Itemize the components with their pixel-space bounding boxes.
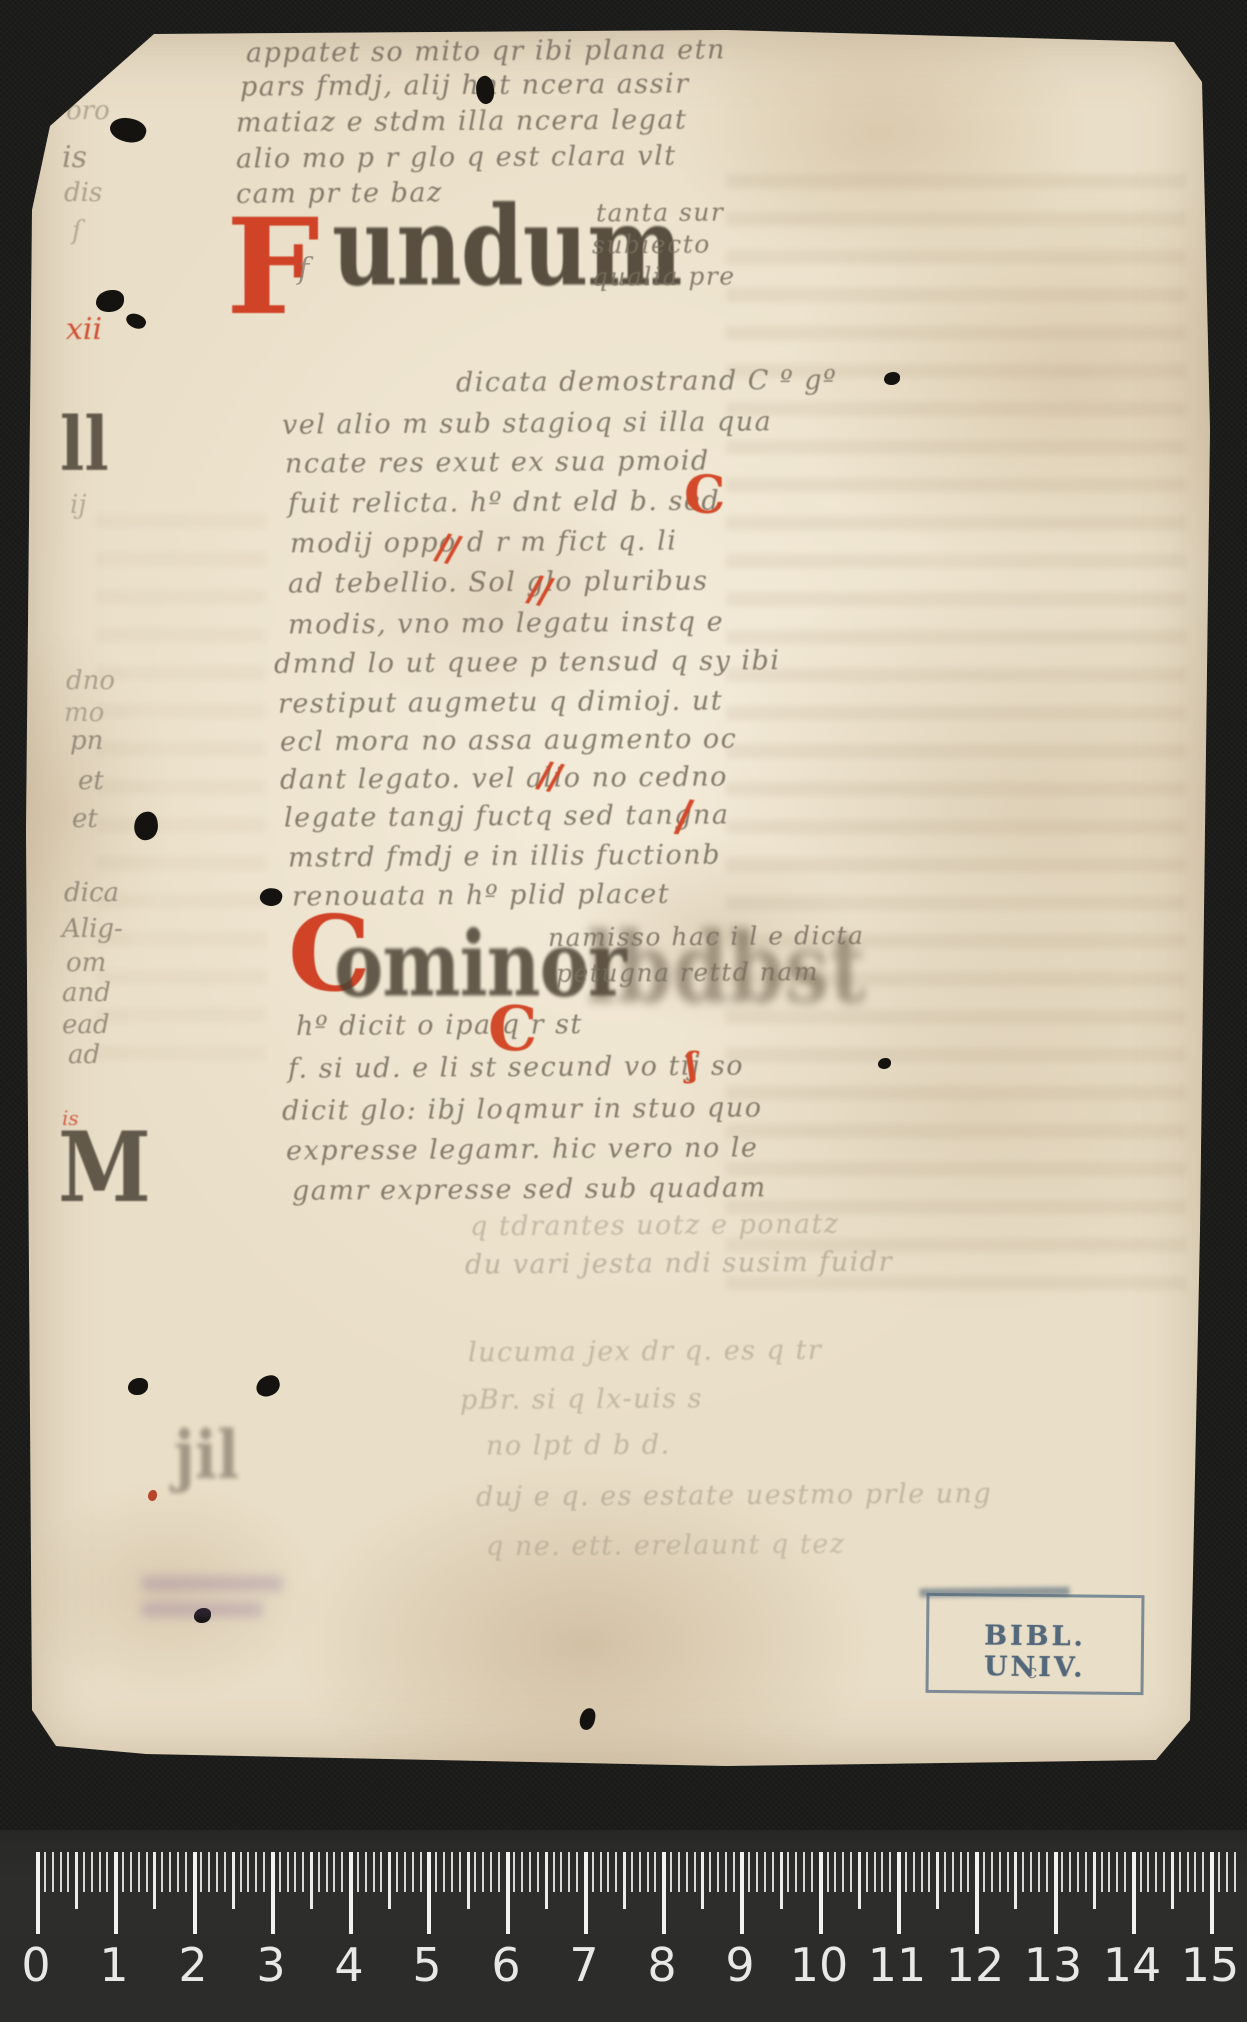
ruler-tick — [709, 1852, 711, 1892]
ink-speck — [884, 372, 900, 385]
ruler-number: 10 — [790, 1938, 849, 1992]
ruler-tick — [772, 1852, 774, 1892]
ruler-tick — [975, 1852, 979, 1934]
ruler-tick — [1202, 1852, 1204, 1892]
ink-speck — [579, 1707, 597, 1731]
margin-fragment: Alig- — [62, 914, 123, 944]
ruler-tick — [725, 1852, 727, 1892]
ruler-tick — [1007, 1852, 1009, 1892]
ruler-tick — [529, 1852, 531, 1892]
ruler-tick — [302, 1852, 304, 1892]
ruler-tick — [177, 1852, 179, 1892]
margin-fragment: ij — [70, 490, 86, 520]
ruler-tick — [208, 1852, 210, 1892]
margin-fragment: et — [72, 804, 98, 834]
manuscript-line: subiecto — [592, 230, 711, 260]
ruler-tick — [67, 1852, 69, 1892]
ruler-tick — [341, 1852, 343, 1892]
manuscript-line: gamr expresse sed sub quadam — [292, 1172, 767, 1206]
manuscript-line: alio mo p r glo q est clara vlt — [236, 140, 677, 174]
ink-speck — [128, 1378, 148, 1395]
manuscript-line: lucuma jex dr q. es q tr — [468, 1335, 822, 1368]
ruler-tick — [1046, 1852, 1048, 1892]
ruler-tick — [1187, 1852, 1189, 1892]
ruler-tick — [357, 1852, 359, 1892]
ruler-tick — [310, 1852, 313, 1909]
ruler-tick — [349, 1852, 353, 1934]
ruler-tick — [874, 1852, 876, 1892]
ruler-tick — [740, 1852, 744, 1934]
ruler-tick — [795, 1852, 797, 1892]
manuscript-line: appatet so mito qr ibi plana etn — [246, 34, 726, 68]
margin-fragment: ſ — [72, 216, 82, 246]
margin-fragment: dis — [64, 178, 102, 208]
ruler-tick — [1022, 1852, 1024, 1892]
ruler-tick — [701, 1852, 704, 1909]
margin-fragment: ead — [62, 1010, 110, 1040]
manuscript-line: du vari jesta ndi susim fuidr — [465, 1247, 893, 1281]
ruler-tick — [1234, 1852, 1236, 1892]
ruler-tick — [803, 1852, 805, 1892]
ruler-tick — [1093, 1852, 1096, 1909]
ink-speck — [107, 113, 149, 147]
ruler-tick — [146, 1852, 148, 1892]
ruler-tick — [545, 1852, 548, 1909]
faded-stamp — [138, 1568, 290, 1632]
ruler-tick — [224, 1852, 226, 1892]
margin-fragment: oro — [66, 96, 110, 126]
ruler-tick — [161, 1852, 163, 1892]
ruler-tick — [905, 1852, 907, 1892]
ruler-tick — [1108, 1852, 1110, 1892]
manuscript-line: duj e q. es estate uestmo prle ung — [476, 1478, 992, 1513]
rubric-mark: C — [684, 470, 725, 522]
ruler-tick — [279, 1852, 281, 1892]
ruler-tick — [122, 1852, 124, 1892]
ruler-tick — [967, 1852, 969, 1892]
manuscript-line: legate tangj fuctq sed tangna — [284, 799, 730, 833]
ruler-tick — [780, 1852, 783, 1909]
margin-fragment: et — [78, 766, 104, 796]
ruler-tick — [169, 1852, 171, 1892]
ruler-tick — [811, 1852, 813, 1892]
ruler-tick — [459, 1852, 461, 1892]
ruler-tick — [678, 1852, 680, 1892]
ruler-tick — [639, 1852, 641, 1892]
ruler-tick — [153, 1852, 156, 1909]
ruler-tick — [615, 1852, 617, 1892]
manuscript-line: qualia pre — [592, 261, 736, 291]
ruler-tick — [138, 1852, 140, 1892]
ink-speck — [878, 1058, 891, 1069]
ruler-tick — [584, 1852, 588, 1934]
ruler-tick — [1077, 1852, 1079, 1892]
ruler-tick — [1147, 1852, 1149, 1892]
ruler-tick — [827, 1852, 829, 1892]
manuscript-line: pars fmdj, alij hnt ncera assir — [240, 68, 690, 102]
library-stamp: BIBL. UNIV. c — [925, 1593, 1144, 1695]
ruler-number: 2 — [178, 1938, 207, 1992]
ruler-number: 3 — [256, 1938, 285, 1992]
ruler-tick — [960, 1852, 962, 1892]
ruler-tick — [521, 1852, 523, 1892]
ruler-tick — [130, 1852, 132, 1892]
manuscript-line: pBr. si q lx-uis s — [460, 1383, 703, 1416]
ruler-tick — [83, 1852, 85, 1892]
ink-speck — [132, 810, 160, 841]
ink-speck — [96, 290, 124, 312]
ruler-tick — [294, 1852, 296, 1892]
ruler-tick — [60, 1852, 62, 1892]
ruler-tick — [1038, 1852, 1040, 1892]
ruler-tick — [1124, 1852, 1126, 1892]
ruler-tick — [1171, 1852, 1174, 1909]
manuscript-line: ncate res exut ex sua pmoid — [285, 446, 710, 480]
ruler-tick — [764, 1852, 766, 1892]
ruler-tick — [881, 1852, 883, 1892]
ruler-tick — [404, 1852, 406, 1892]
rubric-mark: ʃ — [686, 1048, 697, 1082]
ruler-tick — [842, 1852, 844, 1892]
ruler-tick — [200, 1852, 202, 1892]
ruler-number: 9 — [725, 1938, 754, 1992]
ink-speck — [258, 886, 283, 908]
margin-fragment: jil — [174, 1416, 239, 1494]
manuscript-line: dicit glo: ibj loqmur in stuo quo — [282, 1092, 763, 1126]
ruler-tick — [373, 1852, 375, 1892]
ruler-tick — [287, 1852, 289, 1892]
manuscript-line: q tdrantes uotz e ponatz — [470, 1209, 840, 1243]
ruler-tick — [756, 1852, 758, 1892]
ruler-number: 8 — [647, 1938, 676, 1992]
ruler-tick — [952, 1852, 954, 1892]
manuscript-line: mstrd fmdj e in illis fuctionb — [288, 839, 721, 873]
ruler-tick — [482, 1852, 484, 1892]
ruler-tick — [553, 1852, 555, 1892]
ruler-tick — [1054, 1852, 1058, 1934]
ruler-tick — [1226, 1852, 1228, 1892]
ruler-tick — [490, 1852, 492, 1892]
ruler-tick — [1069, 1852, 1071, 1892]
manuscript-line: dicata demostrand C º gº — [456, 365, 837, 399]
margin-fragment: and — [62, 978, 111, 1008]
ruler-tick — [607, 1852, 609, 1892]
ruler-tick — [686, 1852, 688, 1892]
ruler-tick — [717, 1852, 719, 1892]
margin-fragment: mo — [64, 698, 104, 728]
ruler-tick — [263, 1852, 265, 1892]
ruler-tick — [858, 1852, 861, 1909]
ruler-tick — [318, 1852, 320, 1892]
ruler-tick — [654, 1852, 656, 1892]
ruler-tick — [506, 1852, 510, 1934]
folio-number: xii — [66, 312, 102, 347]
ruler-tick — [1014, 1852, 1017, 1909]
manuscript-line: matiaz e stdm illa ncera legat — [236, 104, 688, 138]
ruler-tick — [240, 1852, 242, 1892]
ruler-tick — [427, 1852, 431, 1934]
ruler-tick — [185, 1852, 187, 1892]
ruler-number: 12 — [946, 1938, 1005, 1992]
manuscript-line: expresse legamr. hic vero no le — [286, 1132, 759, 1166]
ruler-tick — [913, 1852, 915, 1892]
ruler-tick — [568, 1852, 570, 1892]
bleed-through — [726, 170, 1186, 1290]
ruler-tick — [537, 1852, 539, 1892]
ink-speck — [124, 310, 148, 332]
margin-fragment: dica — [64, 878, 119, 908]
margin-fragment: ll — [60, 402, 109, 488]
ruler-tick — [498, 1852, 500, 1892]
ruler-tick — [326, 1852, 328, 1892]
ruler-tick — [1218, 1852, 1220, 1892]
ruler-tick — [1061, 1852, 1063, 1892]
ruler-tick — [623, 1852, 626, 1909]
ruler-tick — [889, 1852, 891, 1892]
ruler-tick — [1030, 1852, 1032, 1892]
ruler-tick — [576, 1852, 578, 1892]
ruler-tick — [600, 1852, 602, 1892]
ruler-tick — [1210, 1852, 1214, 1934]
ruler-tick — [1163, 1852, 1165, 1892]
manuscript-line: dant legato. vel alio no cedno — [280, 761, 728, 795]
ruler-tick — [694, 1852, 696, 1892]
ruler-tick — [866, 1852, 868, 1892]
manuscript-line: hº dicit o ipa q r st — [296, 1009, 583, 1042]
ruler-tick — [991, 1852, 993, 1892]
ruler-number: 14 — [1103, 1938, 1162, 1992]
manuscript-line: ecl mora no assa augmento oc — [280, 723, 738, 757]
ruler-tick — [255, 1852, 257, 1892]
ruler-number: 13 — [1024, 1938, 1083, 1992]
ruler: 0 1 2 3 4 5 6 7 8 9 10 11 12 13 14 15 — [0, 1830, 1247, 2022]
margin-fragment: om — [66, 948, 106, 978]
ruler-tick — [733, 1852, 735, 1892]
ruler-tick — [333, 1852, 335, 1892]
ruler-tick — [44, 1852, 46, 1892]
ruler-number: 1 — [99, 1938, 128, 1992]
ruler-tick — [247, 1852, 249, 1892]
ruler-tick — [897, 1852, 901, 1934]
ruler-tick — [232, 1852, 235, 1909]
ruler-number: 4 — [334, 1938, 363, 1992]
ruler-tick — [412, 1852, 414, 1892]
ruler-tick — [1132, 1852, 1136, 1934]
ruler-tick — [396, 1852, 398, 1892]
ruler-tick — [91, 1852, 93, 1892]
ruler-number: 0 — [21, 1938, 50, 1992]
margin-fragment: ad — [68, 1040, 100, 1070]
ruler-tick — [52, 1852, 54, 1892]
ruler-tick — [592, 1852, 594, 1892]
ruler-tick — [834, 1852, 836, 1892]
manuscript-line: ad tebellio. Sol glo pluribus — [288, 566, 709, 600]
ruler-tick — [999, 1852, 1001, 1892]
ruler-tick — [560, 1852, 562, 1892]
ruler-tick — [850, 1852, 852, 1892]
ruler-tick — [1101, 1852, 1103, 1892]
margin-fragment: pn — [70, 726, 103, 756]
ruler-tick — [936, 1852, 939, 1909]
ruler-tick — [1085, 1852, 1087, 1892]
ruler-tick — [662, 1852, 666, 1934]
ruler-number: 6 — [491, 1938, 520, 1992]
manuscript-line: fuit relicta. hº dnt eld b. sed — [288, 485, 720, 519]
ruler-tick — [983, 1852, 985, 1892]
ruler-tick — [1194, 1852, 1196, 1892]
ruler-tick — [1116, 1852, 1118, 1892]
manuscript-line: tanta sur — [596, 198, 725, 228]
ruler-tick — [474, 1852, 476, 1892]
ruler-tick — [435, 1852, 437, 1892]
ruler-number: 7 — [569, 1938, 598, 1992]
ruler-tick — [36, 1852, 40, 1934]
ruler-tick — [451, 1852, 453, 1892]
ruler-tick — [216, 1852, 218, 1892]
ruler-tick — [380, 1852, 382, 1892]
margin-fragment: dno — [66, 666, 115, 696]
ruler-tick — [365, 1852, 367, 1892]
margin-fragment: M — [58, 1110, 151, 1224]
margin-fragment: is — [62, 140, 87, 175]
ruler-tick — [443, 1852, 445, 1892]
ruler-tick — [513, 1852, 515, 1892]
bleed-through — [96, 500, 266, 1060]
manuscript-line: restiput augmetu q dimioj. ut — [278, 685, 723, 719]
manuscript-line: vel alio m sub stagioq si illa qua — [282, 406, 772, 440]
ruler-tick — [75, 1852, 78, 1909]
ruler-tick — [1179, 1852, 1181, 1892]
ruler-tick — [114, 1852, 118, 1934]
ruler-number: 15 — [1181, 1938, 1240, 1992]
photo-stage: oro is dis ſ xii ll ij dno mo pn et et d… — [0, 0, 1247, 2022]
manuscript-line: dmnd lo ut quee p tensud q sy ibi — [274, 645, 781, 680]
manuscript-line: namisso hac i l e dicta — [548, 921, 865, 952]
manuscript-line: modij oppo d r m fict q. li — [290, 526, 678, 560]
ruler-tick — [467, 1852, 470, 1909]
ruler-tick — [819, 1852, 823, 1934]
manuscript-page: oro is dis ſ xii ll ij dno mo pn et et d… — [26, 30, 1210, 1766]
guide-letter: f — [298, 252, 309, 287]
ruler-tick — [99, 1852, 101, 1892]
library-stamp-mark: c — [1026, 1659, 1037, 1683]
ruler-tick — [420, 1852, 422, 1892]
ruler-tick — [1155, 1852, 1157, 1892]
red-speck — [148, 1490, 157, 1501]
ruler-tick — [748, 1852, 750, 1892]
ruler-tick — [193, 1852, 197, 1934]
ruler-tick — [928, 1852, 930, 1892]
ruler-tick — [921, 1852, 923, 1892]
ink-speck — [254, 1373, 282, 1399]
manuscript-line: modis, vno mo legatu instq e — [288, 606, 724, 640]
ruler-tick — [106, 1852, 108, 1892]
manuscript-line: petugna rettd nam — [556, 957, 819, 988]
manuscript-line: q ne. ett. erelaunt q tez — [486, 1529, 846, 1563]
ruler-number: 5 — [412, 1938, 441, 1992]
manuscript-line: no lpt d b d. — [486, 1429, 671, 1461]
ruler-tick — [631, 1852, 633, 1892]
ruler-tick — [271, 1852, 275, 1934]
ruler-number: 11 — [868, 1938, 927, 1992]
ruler-tick — [647, 1852, 649, 1892]
ruler-tick — [388, 1852, 391, 1909]
ruler-tick — [787, 1852, 789, 1892]
rubric-initial-c: C — [488, 998, 537, 1060]
ruler-tick — [670, 1852, 672, 1892]
ruler-tick — [1140, 1852, 1142, 1892]
ruler-tick — [944, 1852, 946, 1892]
